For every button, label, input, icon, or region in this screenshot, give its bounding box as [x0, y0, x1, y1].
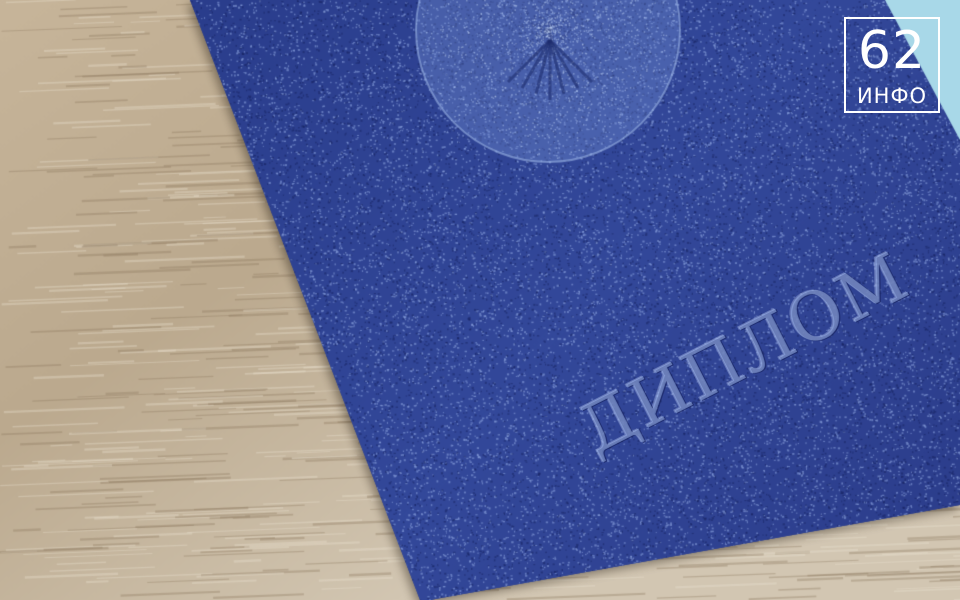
logo-number: 62 [846, 25, 938, 77]
logo-word: ИНФО [846, 85, 938, 107]
site-logo[interactable]: 62 ИНФО [844, 17, 940, 113]
